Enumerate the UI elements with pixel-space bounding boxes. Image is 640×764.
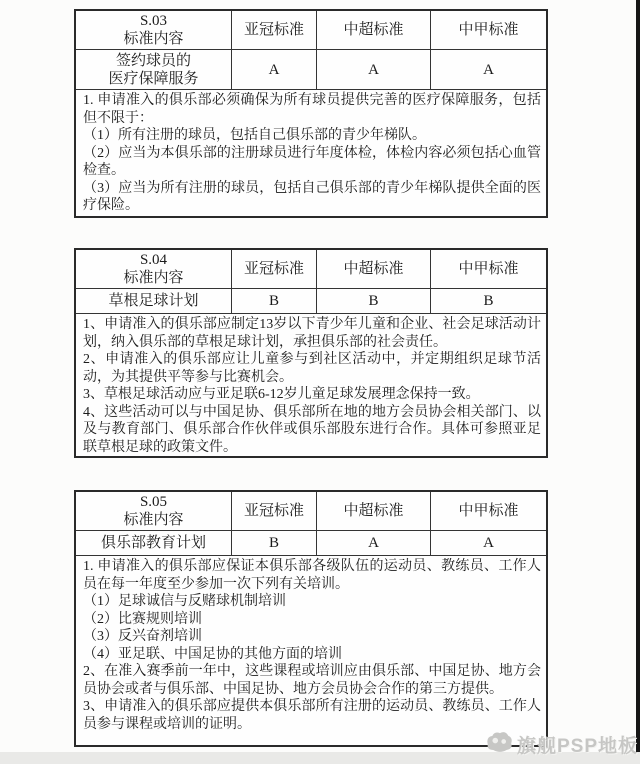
standard-table-s04: S.04 标准内容 亚冠标准 中超标准 中甲标准 草根足球计划 B B B 1、… xyxy=(74,248,548,458)
body-paragraph: （2）比赛规则培训 xyxy=(83,611,541,629)
grade-csl: A xyxy=(317,50,431,89)
standard-body-text: 1. 申请准入的俱乐部必须确保为所有球员提供完善的医疗保障服务，包括但不限于：（… xyxy=(76,90,546,216)
body-paragraph: （3）应当为所有注册的球员，包括自己俱乐部的青少年梯队提供全面的医疗保险。 xyxy=(83,180,541,215)
table-header-row: S.04 标准内容 亚冠标准 中超标准 中甲标准 xyxy=(76,250,546,289)
item-name-cell: 签约球员的医疗保障服务 xyxy=(76,50,232,89)
item-name-line: 草根足球计划 xyxy=(108,292,198,310)
standard-code-cell: S.04 标准内容 xyxy=(76,250,232,288)
grade-afc-champions: B xyxy=(232,531,317,555)
standard-code: S.05 xyxy=(140,493,167,511)
standard-code: S.04 xyxy=(140,251,167,269)
body-paragraph: 3、申请准入的俱乐部应提供本俱乐部所有注册的运动员、教练员、工作人员参与课程或培… xyxy=(83,698,541,733)
column-header-csl: 中超标准 xyxy=(317,11,431,49)
item-name-line: 签约球员的 xyxy=(116,52,191,70)
item-row: 草根足球计划 B B B xyxy=(76,289,546,314)
body-paragraph: （3）反兴奋剂培训 xyxy=(83,628,541,646)
column-header-china-league-one: 中甲标准 xyxy=(431,11,546,49)
standard-code-label: 标准内容 xyxy=(123,30,183,48)
right-edge-bar xyxy=(636,0,640,754)
standard-code-label: 标准内容 xyxy=(123,511,183,529)
grade-csl: B xyxy=(317,289,431,313)
body-paragraph: （4）亚足联、中国足协的其他方面的培训 xyxy=(83,646,541,664)
item-name-cell: 草根足球计划 xyxy=(76,289,232,313)
body-paragraph: 1. 申请准入的俱乐部必须确保为所有球员提供完善的医疗保障服务，包括但不限于： xyxy=(83,92,541,127)
body-paragraph: 4、这些活动可以与中国足协、俱乐部所在地的地方会员协会相关部门、以及与教育部门、… xyxy=(83,404,541,457)
column-header-afc-champions: 亚冠标准 xyxy=(232,492,317,530)
item-name-line: 俱乐部教育计划 xyxy=(101,534,206,552)
item-row: 签约球员的医疗保障服务 A A A xyxy=(76,50,546,90)
standard-body-text: 1、申请准入的俱乐部应制定13岁以下青少年儿童和企业、社会足球活动计划，纳入俱乐… xyxy=(76,314,546,456)
standard-table-s05: S.05 标准内容 亚冠标准 中超标准 中甲标准 俱乐部教育计划 B A A 1… xyxy=(74,490,548,747)
grade-afc-champions: B xyxy=(232,289,317,313)
item-name-line: 医疗保障服务 xyxy=(108,70,198,88)
standard-code: S.03 xyxy=(140,12,167,30)
body-paragraph: （1）所有注册的球员，包括自己俱乐部的青少年梯队。 xyxy=(83,127,541,145)
column-header-china-league-one: 中甲标准 xyxy=(431,492,546,530)
body-paragraph: 2、申请准入的俱乐部应让儿童参与到社区活动中，并定期组织足球节活动，为其提供平等… xyxy=(83,351,541,386)
standard-body-text: 1. 申请准入的俱乐部应保证本俱乐部各级队伍的运动员、教练员、工作人员在每一年度… xyxy=(76,556,546,745)
column-header-csl: 中超标准 xyxy=(317,492,431,530)
body-paragraph: 1. 申请准入的俱乐部应保证本俱乐部各级队伍的运动员、教练员、工作人员在每一年度… xyxy=(83,558,541,593)
body-paragraph: （2）应当为本俱乐部的注册球员进行年度体检，体检内容必须包括心血管检查。 xyxy=(83,145,541,180)
body-paragraph: 2、在准入赛季前一年中，这些课程或培训应由俱乐部、中国足协、地方会员协会或者与俱… xyxy=(83,663,541,698)
watermark-text: 旗舰PSP地板 xyxy=(517,731,638,758)
column-header-afc-champions: 亚冠标准 xyxy=(232,250,317,288)
item-row: 俱乐部教育计划 B A A xyxy=(76,531,546,556)
item-name-cell: 俱乐部教育计划 xyxy=(76,531,232,555)
grade-china-league-one: B xyxy=(431,289,546,313)
watermark: 旗舰PSP地板 xyxy=(484,729,638,759)
body-paragraph: （1）足球诚信与反赌球机制培训 xyxy=(83,593,541,611)
grade-csl: A xyxy=(317,531,431,555)
standard-table-s03: S.03 标准内容 亚冠标准 中超标准 中甲标准 签约球员的医疗保障服务 A A… xyxy=(74,9,548,218)
table-header-row: S.05 标准内容 亚冠标准 中超标准 中甲标准 xyxy=(76,492,546,531)
standard-code-cell: S.05 标准内容 xyxy=(76,492,232,530)
standard-code-label: 标准内容 xyxy=(123,269,183,287)
column-header-csl: 中超标准 xyxy=(317,250,431,288)
mascot-logo-icon xyxy=(484,729,514,759)
grade-china-league-one: A xyxy=(431,50,546,89)
column-header-china-league-one: 中甲标准 xyxy=(431,250,546,288)
scanned-document-page: S.03 标准内容 亚冠标准 中超标准 中甲标准 签约球员的医疗保障服务 A A… xyxy=(0,0,640,764)
grade-china-league-one: A xyxy=(431,531,546,555)
body-paragraph: 1、申请准入的俱乐部应制定13岁以下青少年儿童和企业、社会足球活动计划，纳入俱乐… xyxy=(83,316,541,351)
body-paragraph: 3、草根足球活动应与亚足联6-12岁儿童足球发展理念保持一致。 xyxy=(83,386,541,404)
standard-code-cell: S.03 标准内容 xyxy=(76,11,232,49)
table-header-row: S.03 标准内容 亚冠标准 中超标准 中甲标准 xyxy=(76,11,546,50)
grade-afc-champions: A xyxy=(232,50,317,89)
column-header-afc-champions: 亚冠标准 xyxy=(232,11,317,49)
